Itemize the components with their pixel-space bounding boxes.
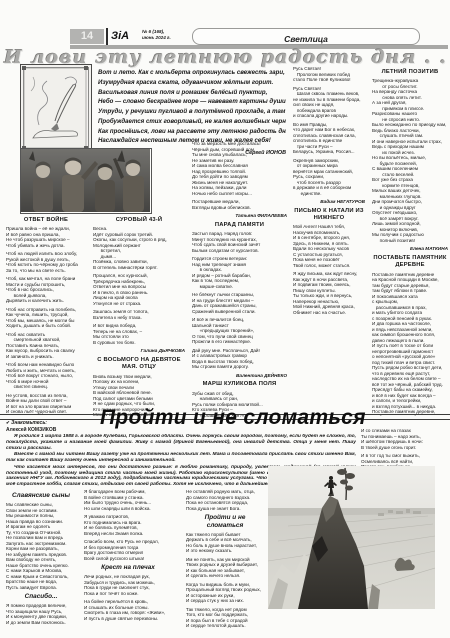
poem-line: Небо — словно бескрайнее море — навевает… xyxy=(98,97,286,107)
poem-line: Изумрудная краска сжата, одуванчиком жёл… xyxy=(98,78,286,88)
poem-stanza: Лечи родных, не покладая рук,Забудься и … xyxy=(84,574,172,596)
poem-stanza: Трещинка-журавушка от росы блестит.На ве… xyxy=(372,78,448,243)
poem-stanza: Я благодарен всем рабочим,В войне стоявш… xyxy=(84,489,172,511)
poem-line: Мой Нижний, древняя краса, xyxy=(293,304,365,310)
poem-signature: Татьяна ФИЛАЛЕЕВА xyxy=(192,213,287,219)
article-column-1: Славянские сыныМы славянские сыны,Свои з… xyxy=(6,489,76,638)
poem-stanza: Чтоб нас охватить смертельной хваткой,По… xyxy=(6,332,86,360)
meet-block: ✔ Знакомьтесь: Алексей КОМЗИКОВ xyxy=(6,420,98,433)
poem-stanza: Зашлась земля от топота,Взлетела к небу … xyxy=(93,309,185,320)
author-name: Алексей КОМЗИКОВ xyxy=(6,427,98,434)
poem-line: марше-схватке. xyxy=(192,284,287,290)
poem-line: Не оставляй родную мать, отца, xyxy=(186,489,264,495)
poem-title: ЛЕТНИЙ ПОЗИТИВ xyxy=(372,69,448,76)
poem-stanza: Застыл парад. Наряд голов:Минут последни… xyxy=(192,231,287,253)
poem-line: И сердца стук у них за них. xyxy=(186,598,264,604)
column-parad-pamyati: Что за мерзость мне досталась!Чёрный дым… xyxy=(192,141,287,417)
column-surovyi-43: СУРОВЫЙ 43-ЙВесна.Идёт суровый сорок тре… xyxy=(93,214,185,416)
paragraph: Вместе с мамой мы читаем Вашу газету уже… xyxy=(6,452,356,464)
section-title-box: Светлица xyxy=(192,28,420,45)
poem-line: Ходить, дышать и быть собой. xyxy=(6,323,86,329)
poem-line: Пока и пот течёт по коже. xyxy=(84,591,172,597)
poem-stanza: Я помню прадедов величие,Что защищали на… xyxy=(6,603,76,625)
artwork-image xyxy=(20,64,92,154)
poem-line: Пока душа не знает Бога. xyxy=(186,506,264,512)
issue-date: июнь 2024 г. xyxy=(142,35,171,41)
poem-line: Вот и лето. Как с мольберта опрокинулась… xyxy=(98,68,286,78)
poem-line: Мы строим памяти дорогу. xyxy=(192,364,287,370)
poem-stanza: И со слезами на глазахТы понимаешь – над… xyxy=(361,428,448,450)
poem-line: Пусть рядом робко встанут дети, xyxy=(372,365,448,371)
poem-stanza: Постаревшие медали,Взгляды вдовьи обелис… xyxy=(192,199,287,210)
header-divider xyxy=(106,28,108,45)
poem-line: свистел свинец. xyxy=(6,384,86,390)
poem-line: Обнимет нас на счастье. xyxy=(293,310,365,316)
poem-line: Шагая сквозь пламень веков, xyxy=(293,91,365,97)
poem-line: Утруди, у речушки пугливой в полутёмной … xyxy=(98,107,286,117)
column-rus-svyataya: Русь Святая! Прологом великих победстало… xyxy=(293,66,365,416)
poem-line: Дырявить и калечить жить. xyxy=(6,298,86,304)
poem-line: Смотреть в глаза им, говоря: «Живи», xyxy=(84,610,172,616)
poem-line: наследство их на белом свете – xyxy=(372,376,448,382)
poem-subtitle: Крест на плечах xyxy=(84,564,172,572)
poem-stanza: Я жду письма, как ждут весну,Как ждут в … xyxy=(293,271,365,315)
poem-line: Чтоб убивать и жечь дотла. xyxy=(6,243,86,249)
poem-stanza: Им не понять, как ум мирскойТвоих родных… xyxy=(186,557,264,579)
poem-stanza: Пришла война – её не ждали,И всё равно о… xyxy=(6,226,86,248)
artwork-sketch xyxy=(21,65,89,151)
poem-stanza: Вот и лето. Как с мольберта опрокинулась… xyxy=(98,68,286,146)
poem-line: на Красной площади в Москве, xyxy=(372,277,448,283)
poem-stanza: Когда ты видишь боль и муки,Прощальный в… xyxy=(186,582,264,604)
poem-signature: Галина ДЬЯЧКОВА xyxy=(93,348,185,354)
check-icon: ✔ xyxy=(6,420,10,425)
poem-stanza: Прощался, нос курносый,Трёхрядочка набек… xyxy=(93,273,185,306)
poem-title: С ВОСЬМОГО НА ДЕВЯТОЕ МАЯ. ОТЦУ xyxy=(93,357,185,371)
poem-stanza: Мы славянские сыны,Свои земли не оставим… xyxy=(6,502,76,590)
poem-signature: Елена МАТКИНА xyxy=(372,246,448,252)
meet-label: Знакомьтесь: xyxy=(11,420,47,426)
poem-stanza: Поставьте памятник деревнена Красной пло… xyxy=(372,272,448,417)
soldiers-photo xyxy=(21,149,150,212)
poem-line: Васильковая линия поля и ромашек белёсый… xyxy=(98,88,286,98)
poem-stanza: Я уважаю патриотов,Кто поднимались на вр… xyxy=(84,514,172,536)
poem-stanza: Чтоб, как мечтал, на поле браниМасти и с… xyxy=(6,276,86,304)
poem-title: ПАРАД ПАМЯТИ xyxy=(192,222,287,229)
poem-line: Вперёд несли Знамя полка. xyxy=(84,531,172,537)
poem-line: За то, что мы на свете есть. xyxy=(6,268,86,274)
poem-title: ОТВЕТ ВОЙНЕ xyxy=(6,217,86,224)
poem-line: и спасала другие народы. xyxy=(293,113,365,119)
poem-stanza: Спасибо всем, кто Русь не предал,И без п… xyxy=(84,539,172,561)
poem-line: В оттепель гимнастёрки горят. xyxy=(93,265,185,271)
article-headline: Пройти и не сломаться xyxy=(100,406,396,430)
poem-stanza: Гордится строем ветеран:Над ним трепещет… xyxy=(192,256,287,289)
poem-stanza: Мой Ангел! Нашёл тебя,Наскучив вспоминат… xyxy=(293,224,365,268)
poem-line: Как проснёшься, лови на рассвете эту лет… xyxy=(98,127,286,137)
article-right-column: И со слезами на глазахТы понимаешь – над… xyxy=(361,428,448,466)
page-number: 14 xyxy=(70,29,104,44)
poem-line: единстве. xyxy=(293,191,365,197)
cliff-scene-image xyxy=(268,466,435,609)
poem-line: Взлетела к небу птаха. xyxy=(93,315,185,321)
poem-stanza: Чтоб всем нам ненавидно былоЛюбить и жит… xyxy=(6,362,86,390)
poem-line: Твой голос, может статься. xyxy=(293,263,365,269)
poem-line: И сердце теплотой дышать. xyxy=(186,623,264,629)
poem-signature: Вадим НЕГАТУРОВ xyxy=(293,199,365,205)
poem-stanza: На бойне перельётся в кровь,И слышать их… xyxy=(84,599,172,621)
poem-line: И запинать и унижать. xyxy=(6,354,86,360)
poem-line: Ночью небо сыплет искры... xyxy=(192,191,287,197)
section-title: Светлица xyxy=(284,34,328,44)
poem-line: что дарит нам Бог в небесах, xyxy=(293,127,365,133)
poem-stanza: Не устояв, восстав из пепла,Войне мы дал… xyxy=(6,393,86,415)
poem-subtitle: Славянские сыны xyxy=(6,492,76,500)
poem-title: ПОСТАВЬТЕ ПАМЯТНИК ДЕРЕВНЕ xyxy=(372,255,448,269)
newspaper-logo: ЗіА xyxy=(111,30,129,42)
poem-line: Беларусь, Украина, Россия... xyxy=(293,149,365,155)
poem-stanza: И в тот год ты смог выжить,Осмеливаясь в… xyxy=(361,453,448,466)
poem-stanza: И всё ж печалится боец,Шальной танкист «… xyxy=(192,317,287,345)
poem-line: В суровых тех боях. xyxy=(93,340,185,346)
victory-photo xyxy=(20,148,152,214)
poem-stanza: Что за мерзость мне досталась!Чёрный дым… xyxy=(192,141,287,196)
poem-stanza: Весна.Идёт суровый сорок третий.Окопы, к… xyxy=(93,226,185,270)
article-column-2: Я благодарен всем рабочим,В войне стоявш… xyxy=(84,489,172,638)
poem-line: Спасибо всем, кто Русь не предал, xyxy=(84,539,172,545)
poem-line: Я жду письма, как ждут весну, xyxy=(293,271,365,277)
poem-line: Пробуждается стих говорливый, не жалея в… xyxy=(98,117,286,127)
poem-line: Былым солдатам от курсантов. xyxy=(192,248,287,254)
poem-stanza: Русь Святая! Шагая сквозь пламень веков,… xyxy=(293,86,365,119)
poem-title: СУРОВЫЙ 43-Й xyxy=(93,217,185,224)
poem-line: Взгляды вдовьи обелисков. xyxy=(192,205,287,211)
poem-line: стало Поле твоё Куликово! xyxy=(293,77,365,83)
poem-line: В твоей душе огонь горит. xyxy=(361,445,448,451)
poem-stanza: Русь Святая! Прологом великих победстало… xyxy=(293,66,365,83)
poem-line: Уткнулся не от страха. xyxy=(93,301,185,307)
column-otvet-voine: ОТВЕТ ВОЙНЕПришла война – её не ждали,И … xyxy=(6,214,86,416)
poem-line: Прожгли в его гимнастёрке. xyxy=(192,339,287,345)
poem-line: Всей силой русского штыка! xyxy=(84,556,172,562)
poem-line: полный позитив! xyxy=(372,238,448,244)
poem-line: И пусть в душе святые перезвоны. xyxy=(84,616,172,622)
poem-line: Пусть завидует Европа. xyxy=(6,585,76,591)
poem-line: Сражений выверенной стали. xyxy=(192,309,287,315)
column-letniy-pozitiv: ЛЕТНИЙ ПОЗИТИВТрещинка-журавушка от росы… xyxy=(372,66,448,416)
issue-info: № 6 (168), июнь 2024 г. xyxy=(142,29,171,42)
poem-stanza: Так тяжело, когда нет рядомТого, кто мог… xyxy=(186,607,264,629)
poem-title: ПИСЬМО К НАТАЛИ ИЗ НИЖНЕГО xyxy=(293,208,365,222)
article-column-3: Не оставляй родную мать, отца,До самого … xyxy=(186,489,264,638)
poem-stanza: Не блёкнут лычки старшины,И на груди бле… xyxy=(192,292,287,314)
poem-line: И это некому сказать. xyxy=(186,548,264,554)
poem-stanza: Чтоб на людей излить всю злобу,Рукой жес… xyxy=(6,251,86,273)
poem-title: МАРШ КУЛИКОВА ПОЛЯ xyxy=(192,381,287,388)
poem-subtitle: Пройти и не сломаться xyxy=(186,514,264,529)
poem-line: И сделать ничего нельзя. xyxy=(186,573,264,579)
poem-stanza: И вот видна победа,Теперь не на словах, … xyxy=(93,323,185,345)
poem-line: Но шли снаряды шли в войска. xyxy=(84,506,172,512)
poem-line: И до земли Вам поклонюсь. xyxy=(6,620,76,626)
newspaper-page: 14 ЗіА № 6 (168), июнь 2024 г. Светлица … xyxy=(0,0,450,638)
poem-stanza: Чтоб нас отправить на погибель,Как чучел… xyxy=(6,307,86,329)
paragraph: Я родился 1 марта 1988 г. в городе Кулеб… xyxy=(6,434,356,451)
poem-stanza: Окрепнув заморским, от окраинных миравер… xyxy=(293,158,365,197)
poem-stanza: Как тяжело порой бываетДержать в себе и … xyxy=(186,532,264,554)
poem-stanza: Не оставляй родную мать, отца,До самого … xyxy=(186,489,264,511)
poem-subtitle: Спасибо... xyxy=(6,593,76,601)
poem-stanza: Дай руку мне. Расплачься, Дай!И с алавас… xyxy=(192,348,287,370)
poem-stanza: Во имя Правды,что дарит нам Бог в небеса… xyxy=(293,122,365,155)
poem-signature: Валентина ДЕЙНЕКО xyxy=(192,373,287,379)
cliff-scene xyxy=(268,466,435,609)
